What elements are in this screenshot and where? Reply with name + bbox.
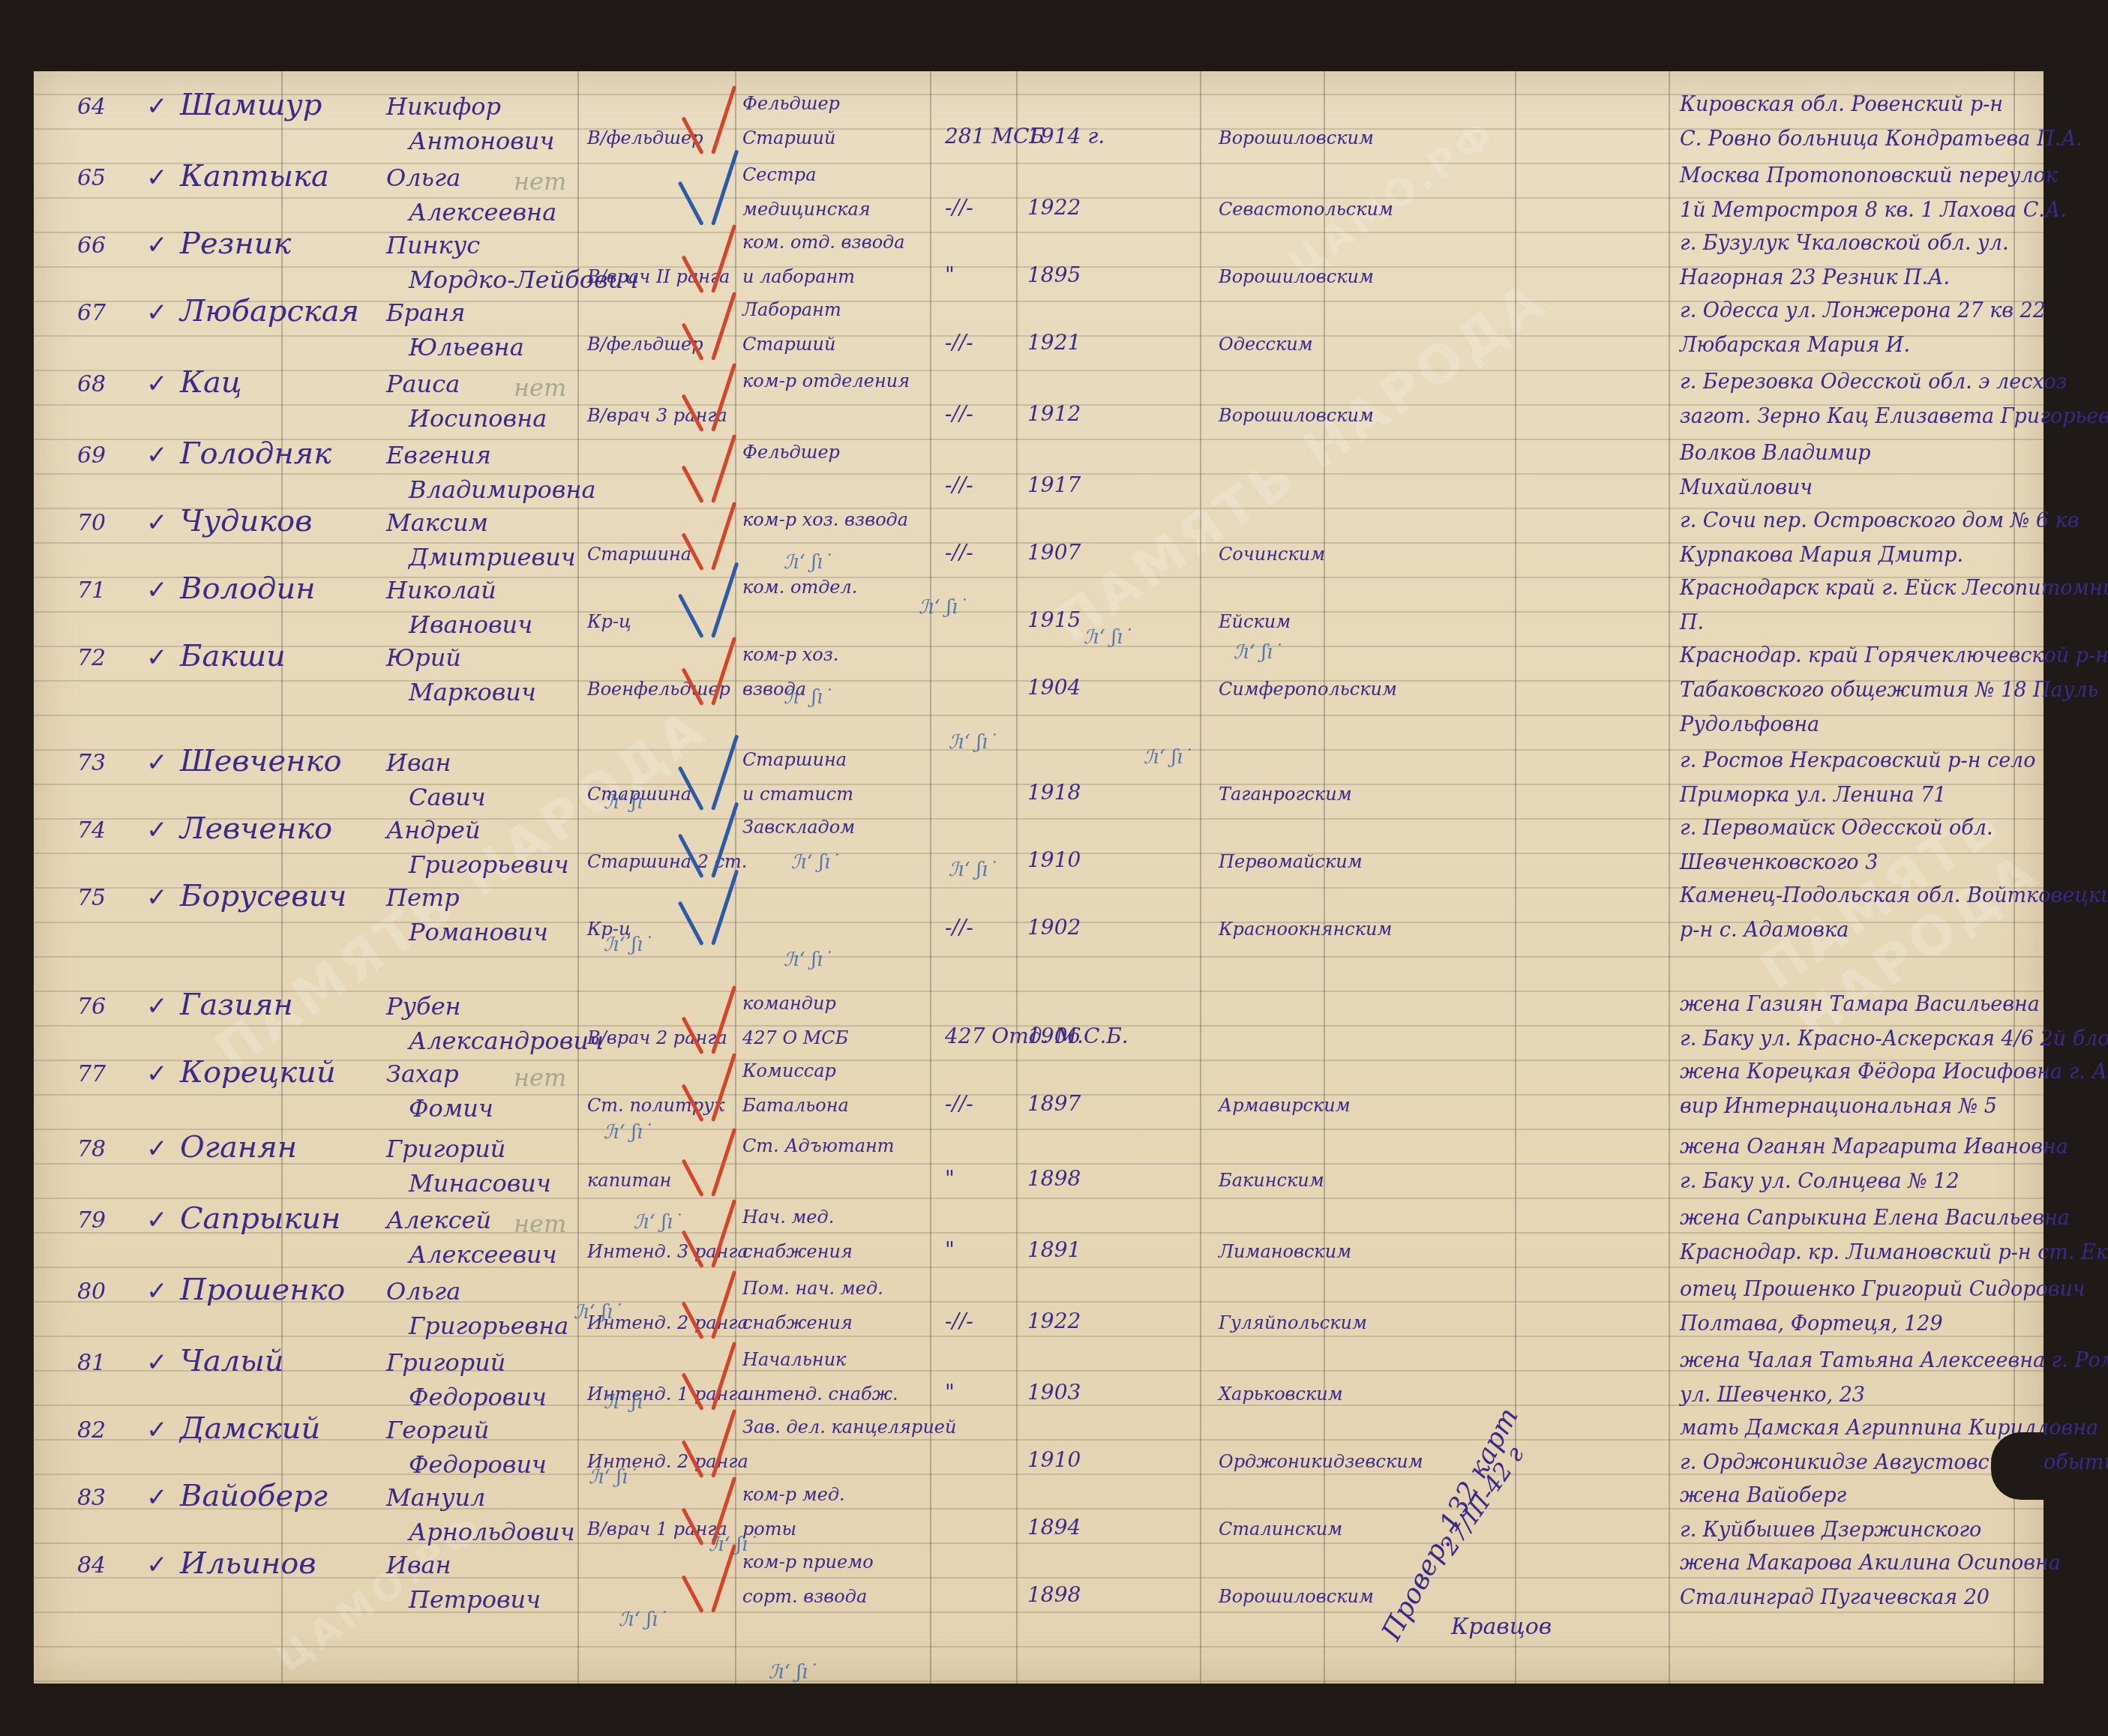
surname: Резник	[180, 229, 291, 259]
surname: Прошенко	[180, 1275, 345, 1305]
row-rule	[34, 1543, 2044, 1544]
pencil-check-icon	[694, 435, 731, 502]
pencil-scribble: ℐıʻ ʃı˙	[949, 859, 997, 881]
patronymic: Минасович	[409, 1171, 551, 1195]
pencil-check-icon	[694, 364, 731, 431]
unit: "	[945, 1382, 955, 1403]
patronymic: Александрович	[409, 1029, 604, 1053]
pencil-check-icon	[694, 1054, 731, 1121]
draft-office: Ворошиловским	[1219, 129, 1374, 147]
surname: Володин	[180, 574, 316, 604]
address-line: жена Вайоберг	[1680, 1486, 1846, 1506]
pencil-scribble: ℐıʻ ʃı˙	[604, 1121, 652, 1144]
birth-year: 1904	[1027, 677, 1081, 698]
row-number: 69	[77, 445, 106, 467]
address-line: г. Баку ул. Солнцева № 12	[1680, 1171, 1960, 1192]
pencil-check-icon	[694, 570, 731, 637]
draft-office: Ворошиловским	[1219, 268, 1374, 286]
birth-year: 1903	[1027, 1382, 1081, 1403]
row-rule	[34, 1508, 2044, 1510]
position: сорт. взвода	[742, 1588, 867, 1606]
birth-year: 1895	[1027, 265, 1081, 286]
draft-office: Сталинским	[1219, 1520, 1342, 1538]
position: снабжения	[742, 1243, 853, 1261]
birth-year: 1921	[1027, 332, 1081, 353]
column-rule	[577, 71, 579, 1684]
unit: -//-	[945, 542, 973, 563]
first-name: Алексей	[386, 1208, 491, 1232]
draft-office: Гуляйпольским	[1219, 1314, 1367, 1332]
draft-office: Севастопольским	[1219, 200, 1393, 218]
draft-office: Орджоникидзевским	[1219, 1453, 1423, 1471]
check-mark-icon: ✓	[146, 1483, 168, 1513]
check-mark-icon: ✓	[146, 1134, 168, 1164]
surname: Вайоберг	[180, 1481, 328, 1511]
surname: Шамшур	[180, 90, 322, 120]
pencil-scribble: ℐıʻ ʃı˙	[574, 1301, 622, 1324]
pencil-scribble: ℐıʻ ʃı˙	[769, 1661, 817, 1684]
patronymic: Григорьевич	[409, 853, 569, 877]
pencil-check-icon	[694, 292, 731, 360]
patronymic: Юльевна	[409, 335, 524, 359]
address-line: жена Макарова Акилина Осиповна	[1680, 1553, 2061, 1573]
first-name: Юрий	[386, 646, 461, 670]
position: Пом. нач. мед.	[742, 1279, 883, 1297]
rank: Старшина	[587, 545, 691, 563]
birth-year: 1898	[1027, 1585, 1081, 1606]
first-name: Георгий	[386, 1418, 489, 1442]
draft-office: Армавирским	[1219, 1096, 1351, 1114]
document-page: ПАМЯТЬ НАРОДА ПАМЯТЬ НАРОДА ПАМЯТЬ НАРОД…	[34, 71, 2044, 1684]
unit: "	[945, 265, 955, 286]
watermark: ПАМЯТЬ НАРОДА	[1044, 269, 1558, 655]
position: снабжения	[742, 1314, 853, 1332]
address-line: Москва Протопоповский переулок	[1680, 166, 2058, 186]
patronymic: Фомич	[409, 1096, 493, 1120]
address-line: Краснодар. край Горячеключевской р-н	[1680, 646, 2108, 666]
position: ком-р мед.	[742, 1486, 845, 1504]
position: ком-р приемо	[742, 1553, 874, 1571]
draft-office: Лимановским	[1219, 1243, 1351, 1261]
draft-office: Ворошиловским	[1219, 406, 1374, 424]
birth-year: 1917	[1027, 475, 1081, 496]
draft-office: Харьковским	[1219, 1385, 1343, 1403]
row-rule	[34, 1646, 2044, 1648]
position: Ст. Адъютант	[742, 1137, 895, 1155]
position: Начальник	[742, 1351, 846, 1369]
patronymic: Григорьевна	[409, 1314, 568, 1338]
row-rule	[34, 439, 2044, 440]
pencil-scribble: ℐıʻ ʃı˙	[619, 1609, 667, 1631]
pencil-check-icon	[694, 1200, 731, 1267]
birth-year: 1894	[1027, 1517, 1081, 1538]
pencil-scribble: ℐıʻ ʃı˙	[634, 1211, 682, 1234]
patronymic: Федорович	[409, 1385, 547, 1409]
position: ком. отд. взвода	[742, 233, 905, 251]
address-line: Любарская Мария И.	[1680, 335, 1910, 355]
row-rule	[34, 991, 2044, 992]
column-rule	[1324, 71, 1325, 1684]
rank: В/фельдшер	[587, 335, 703, 353]
address-line: жена Оганян Маргарита Ивановна	[1680, 1137, 2068, 1157]
draft-office: Одесским	[1219, 335, 1313, 353]
check-mark-icon: ✓	[146, 883, 168, 913]
position: и статист	[742, 785, 853, 803]
row-number: 70	[77, 512, 106, 535]
birth-year: 1914 г.	[1027, 126, 1105, 147]
unit: -//-	[945, 1093, 973, 1114]
first-name: Раиса	[386, 372, 460, 396]
patronymic: Федорович	[409, 1453, 547, 1477]
patronymic: Алексеевич	[409, 1243, 557, 1267]
surname: Бакши	[180, 641, 286, 671]
patronymic: Иосиповна	[409, 406, 547, 430]
unit: -//-	[945, 1311, 973, 1332]
position: и лаборант	[742, 268, 855, 286]
position: медицинская	[742, 200, 871, 218]
position: Старший	[742, 129, 835, 147]
address-line: г. Баку ул. Красно-Аскерская 4/6 2й блок…	[1680, 1029, 2108, 1049]
position: Старший	[742, 335, 835, 353]
surname: Голодняк	[180, 439, 331, 469]
birth-year: 1915	[1027, 610, 1081, 631]
pencil-scribble: ℐıʻ ʃı˙	[589, 1466, 637, 1489]
address-line: П.	[1680, 613, 1704, 633]
address-line: Сталинград Пугачевская 20	[1680, 1588, 1990, 1608]
position: 427 О МСБ	[742, 1029, 848, 1047]
check-mark-icon: ✓	[146, 298, 168, 328]
pencil-scribble: ℐıʻ ʃı˙	[709, 1534, 757, 1556]
unit: -//-	[945, 475, 973, 496]
pencil-note: нет	[514, 1063, 566, 1092]
column-rule	[1016, 71, 1018, 1684]
pencil-check-icon	[694, 502, 731, 570]
pencil-check-icon	[694, 157, 731, 225]
row-number: 81	[77, 1352, 106, 1375]
position: Батальона	[742, 1096, 849, 1114]
pencil-check-icon	[694, 1129, 731, 1196]
draft-office: Ворошиловским	[1219, 1588, 1374, 1606]
address-line: Табаковского общежития № 18 Пауль	[1680, 680, 2098, 700]
pencil-note: нет	[514, 1210, 566, 1238]
unit: "	[945, 1240, 955, 1261]
check-mark-icon: ✓	[146, 1276, 168, 1306]
patronymic: Владимировна	[409, 478, 596, 502]
patronymic: Дмитриевич	[409, 545, 576, 569]
check-mark-icon: ✓	[146, 1348, 168, 1378]
unit: -//-	[945, 917, 973, 938]
row-number: 79	[77, 1210, 106, 1232]
patronymic: Петрович	[409, 1588, 541, 1612]
row-number: 67	[77, 302, 106, 325]
position: ком-р хоз.	[742, 646, 838, 664]
check-mark-icon: ✓	[146, 643, 168, 673]
position: Нач. мед.	[742, 1208, 834, 1226]
pencil-note: нет	[514, 167, 566, 196]
surname: Сапрыкин	[180, 1204, 340, 1234]
pencil-scribble: ℐıʻ ʃı˙	[784, 686, 832, 709]
pencil-check-icon	[694, 877, 731, 945]
row-rule	[34, 1267, 2044, 1268]
surname: Ильинов	[180, 1549, 316, 1579]
birth-year: 1922	[1027, 197, 1081, 218]
row-number: 68	[77, 373, 106, 396]
patronymic: Антонович	[409, 129, 554, 153]
first-name: Браня	[386, 301, 465, 325]
address-line: Краснодарск край г. Ейск Лесопитомник	[1680, 578, 2108, 598]
surname: Дамский	[180, 1414, 320, 1444]
position: командир	[742, 994, 836, 1012]
draft-office: Первомайским	[1219, 853, 1363, 871]
draft-office: Симферопольским	[1219, 680, 1397, 698]
surname: Шевченко	[180, 746, 341, 776]
position: Зав. дел. канцелярией	[742, 1418, 957, 1436]
unit: -//-	[945, 332, 973, 353]
position: Завскладом	[742, 818, 855, 836]
row-number: 84	[77, 1555, 106, 1577]
unit: "	[945, 1168, 955, 1189]
first-name: Евгения	[386, 443, 491, 467]
pencil-scribble: ℐıʻ ʃı˙	[784, 949, 832, 971]
check-mark-icon: ✓	[146, 1059, 168, 1089]
pencil-scribble: ℐıʻ ʃı˙	[784, 551, 832, 574]
check-mark-icon: ✓	[146, 163, 168, 193]
position: ком-р отделения	[742, 372, 910, 390]
pencil-scribble: ℐıʻ ʃı˙	[1144, 746, 1192, 769]
address-line: жена Чалая Татьяна Алексеевна г. Ромны	[1680, 1351, 2108, 1371]
first-name: Иван	[386, 751, 451, 775]
row-number: 64	[77, 96, 106, 118]
row-rule	[34, 1336, 2044, 1337]
address-line: Волков Владимир	[1680, 443, 1871, 463]
check-mark-icon: ✓	[146, 508, 168, 538]
first-name: Никифор	[386, 94, 501, 118]
check-mark-icon: ✓	[146, 1205, 168, 1235]
pencil-scribble: ℐıʻ ʃı˙	[1234, 641, 1282, 664]
draft-office: Таганрогским	[1219, 785, 1352, 803]
row-number: 78	[77, 1138, 106, 1161]
address-line: г. Первомайск Одесской обл.	[1680, 818, 1993, 838]
row-rule	[34, 1163, 2044, 1165]
unit: -//-	[945, 197, 973, 218]
position: интенд. снабж.	[742, 1385, 898, 1403]
check-mark-icon: ✓	[146, 815, 168, 845]
position: ком-р хоз. взвода	[742, 511, 908, 529]
row-number: 74	[77, 820, 106, 842]
check-mark-icon: ✓	[146, 1550, 168, 1580]
address-line: г. Березовка Одесской обл. э лесхоз	[1680, 372, 2068, 392]
surname: Кац	[180, 367, 242, 397]
check-mark-icon: ✓	[146, 369, 168, 399]
pencil-scribble: ℐıʻ ʃı˙	[791, 851, 840, 874]
pencil-scribble: ℐıʻ ʃı˙	[919, 596, 967, 619]
row-number: 80	[77, 1281, 106, 1303]
birth-year: 1910	[1027, 850, 1081, 871]
check-mark-icon: ✓	[146, 748, 168, 778]
column-rule	[1669, 71, 1670, 1684]
first-name: Захар	[386, 1062, 459, 1086]
address-line: жена Корецкая Фёдора Иосифовна г. Арма-	[1680, 1062, 2108, 1082]
row-rule	[34, 1681, 2044, 1682]
address-line: вир Интернациональная № 5	[1680, 1096, 1997, 1117]
address-line: С. Ровно больница Кондратьева П.А.	[1680, 129, 2083, 149]
pencil-scribble: ℐıʻ ʃı˙	[604, 1391, 652, 1414]
address-line: жена Газиян Тамара Васильевна	[1680, 994, 2040, 1015]
birth-year: 1918	[1027, 782, 1081, 803]
surname: Корецкий	[180, 1057, 336, 1087]
row-number: 71	[77, 580, 106, 602]
address-line: Полтава, Фортеця, 129	[1680, 1314, 1943, 1334]
row-number: 76	[77, 996, 106, 1018]
birth-year: 1898	[1027, 1168, 1081, 1189]
surname: Любарская	[180, 296, 359, 326]
first-name: Мануил	[386, 1486, 485, 1510]
pencil-scribble: ℐıʻ ʃı˙	[604, 791, 652, 814]
check-mark-icon: ✓	[146, 440, 168, 470]
address-line: Шевченковского 3	[1680, 853, 1878, 873]
row-number: 73	[77, 752, 106, 775]
first-name: Григорий	[386, 1351, 505, 1375]
position: Лаборант	[742, 301, 841, 319]
address-line: Каменец-Подольская обл. Войтковецкий	[1680, 886, 2108, 906]
row-number: 75	[77, 887, 106, 910]
position: Фельдшер	[742, 443, 840, 461]
row-rule	[34, 1129, 2044, 1130]
draft-office: Красноокнянским	[1219, 920, 1392, 938]
pencil-check-icon	[694, 742, 731, 810]
first-name: Николай	[386, 578, 496, 602]
pencil-check-icon	[694, 225, 731, 292]
position: Сестра	[742, 166, 816, 184]
patronymic: Савич	[409, 785, 486, 809]
rank: В/фельдшер	[587, 129, 703, 147]
birth-year: 1891	[1027, 1240, 1081, 1261]
pencil-note: нет	[514, 373, 566, 402]
birth-year: 1906	[1027, 1026, 1081, 1047]
check-mark-icon: ✓	[146, 230, 168, 260]
row-number: 65	[77, 167, 106, 190]
address-line: г. Орджоникидзе Августовских событий	[1680, 1453, 2108, 1473]
birth-year: 1910	[1027, 1450, 1081, 1471]
row-rule	[34, 1198, 2044, 1199]
pencil-scribble: ℐıʻ ʃı˙	[949, 731, 997, 754]
position: Старшина	[742, 751, 847, 769]
first-name: Ольга	[386, 166, 460, 190]
surname: Чалый	[180, 1346, 284, 1376]
pencil-check-icon	[694, 1271, 731, 1339]
column-rule	[930, 71, 931, 1684]
surname: Борусевич	[180, 881, 346, 911]
surname: Левченко	[180, 814, 332, 844]
position: Фельдшер	[742, 94, 840, 112]
pencil-scribble: ℐıʻ ʃı˙	[604, 934, 652, 956]
address-line: г. Куйбышев Дзержинского	[1680, 1520, 1981, 1540]
address-line: Рудольфовна	[1680, 715, 1819, 735]
position: ком. отдел.	[742, 578, 857, 596]
check-mark-icon: ✓	[146, 91, 168, 121]
pencil-scribble: ℐıʻ ʃı˙	[1084, 626, 1132, 649]
rank: капитан	[587, 1171, 671, 1189]
first-name: Иван	[386, 1553, 451, 1577]
address-line: Кировская обл. Ровенский р-н	[1680, 94, 2003, 115]
draft-office: Сочинским	[1219, 545, 1325, 563]
row-rule	[34, 956, 2044, 958]
row-rule	[34, 1577, 2044, 1579]
draft-office: Бакинским	[1219, 1171, 1324, 1189]
first-name: Пинкус	[386, 233, 480, 257]
patronymic: Арнольдович	[409, 1520, 575, 1544]
rank: Кр-ц	[587, 613, 631, 631]
row-number: 72	[77, 647, 106, 670]
pencil-check-icon	[694, 810, 731, 877]
address-line: г. Сочи пер. Островского дом № 6 кв	[1680, 511, 2079, 531]
column-rule	[1200, 71, 1201, 1684]
row-number: 77	[77, 1063, 106, 1086]
birth-year: 1912	[1027, 403, 1081, 424]
first-name: Григорий	[386, 1137, 505, 1161]
patronymic: Иванович	[409, 613, 532, 637]
torn-edge	[1991, 1432, 2044, 1500]
address-line: г. Бузулук Чкаловской обл. ул.	[1680, 233, 2009, 253]
row-number: 83	[77, 1487, 106, 1510]
pencil-check-icon	[694, 986, 731, 1054]
address-line: г. Ростов Некрасовский р-н село	[1680, 751, 2036, 771]
patronymic: Романович	[409, 920, 548, 944]
first-name: Андрей	[386, 818, 481, 842]
birth-year: 1897	[1027, 1093, 1081, 1114]
address-line: 1й Метростроя 8 кв. 1 Лахова С.А.	[1680, 200, 2067, 220]
address-line: Краснодар. кр. Лимановский р-н ст. Екате…	[1680, 1243, 2108, 1263]
row-number: 82	[77, 1420, 106, 1442]
address-line: отец Прошенко Григорий Сидорович	[1680, 1279, 2086, 1300]
pencil-check-icon	[694, 637, 731, 705]
birth-year: 1902	[1027, 917, 1081, 938]
address-line: Михайлович	[1680, 478, 1813, 498]
pencil-check-icon	[694, 86, 731, 154]
surname: Оганян	[180, 1132, 297, 1162]
first-name: Ольга	[386, 1279, 460, 1303]
surname: Каптыка	[180, 161, 329, 191]
column-rule	[1515, 71, 1516, 1684]
check-mark-icon: ✓	[146, 575, 168, 605]
pencil-check-icon	[694, 1410, 731, 1477]
address-line: ул. Шевченко, 23	[1680, 1385, 1865, 1405]
unit: -//-	[945, 403, 973, 424]
first-name: Петр	[386, 886, 460, 910]
address-line: жена Сапрыкина Елена Васильевна	[1680, 1208, 2070, 1228]
address-line: г. Одесса ул. Лонжерона 27 кв 22	[1680, 301, 2046, 321]
surname: Газиян	[180, 990, 293, 1020]
patronymic: Маркович	[409, 680, 536, 704]
address-line: загот. Зерно Кац Елизавета Григорьевна	[1680, 406, 2108, 427]
surname: Чудиков	[180, 506, 312, 536]
birth-year: 1922	[1027, 1311, 1081, 1332]
birth-year: 1907	[1027, 542, 1081, 563]
address-line: р-н с. Адамовка	[1680, 920, 1849, 940]
verification-signature: Кравцов	[1451, 1616, 1552, 1639]
first-name: Рубен	[386, 994, 461, 1018]
position: Комиссар	[742, 1062, 836, 1080]
row-number: 66	[77, 235, 106, 257]
first-name: Максим	[386, 511, 488, 535]
draft-office: Ейским	[1219, 613, 1291, 631]
check-mark-icon: ✓	[146, 991, 168, 1021]
patronymic: Алексеевна	[409, 200, 556, 224]
address-line: Курпакова Мария Дмитр.	[1680, 545, 1963, 565]
check-mark-icon: ✓	[146, 1415, 168, 1445]
address-line: Приморка ул. Ленина 71	[1680, 785, 1946, 805]
pencil-check-icon	[694, 1342, 731, 1410]
